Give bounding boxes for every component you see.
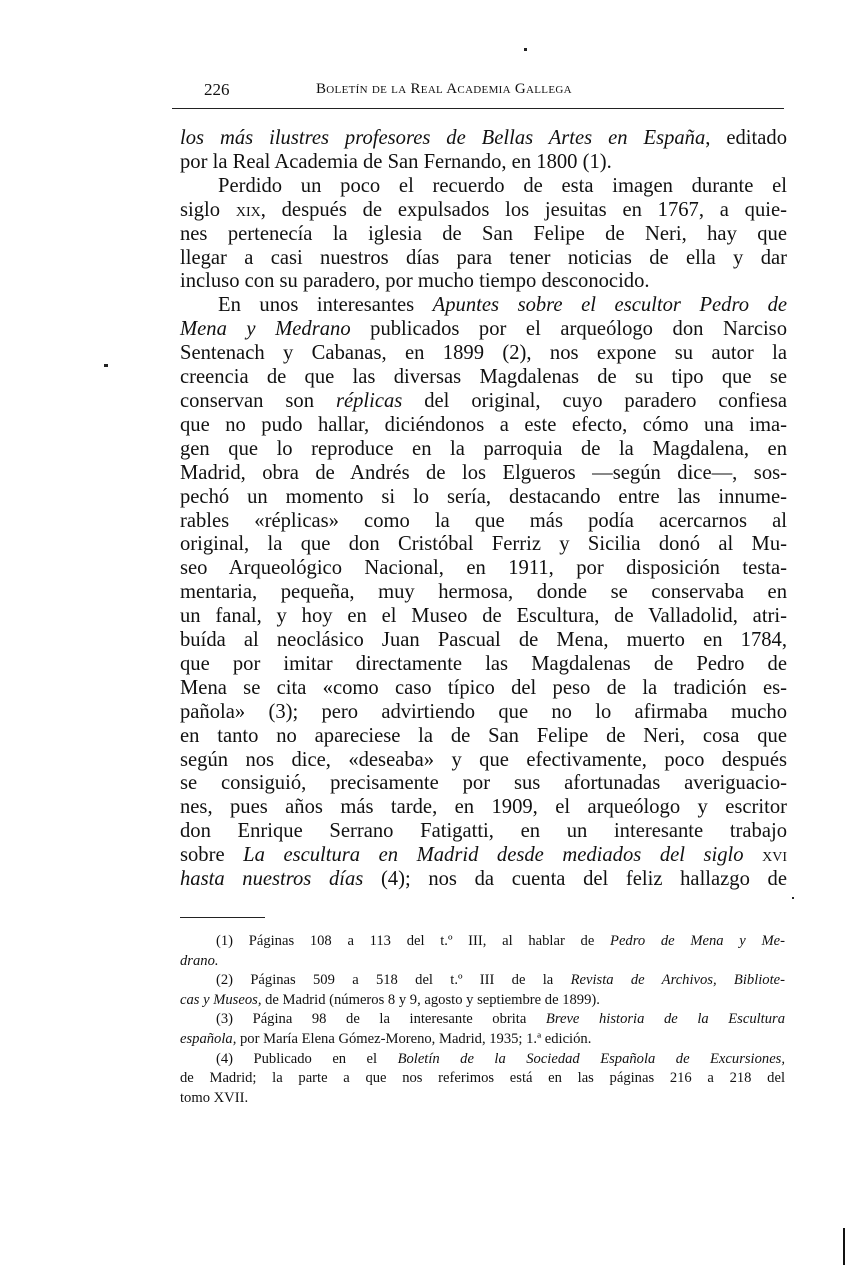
body-line: hasta nuestros días (4); nos da cuenta d… — [180, 868, 787, 892]
body-line: Sentenach y Cabanas, en 1899 (2), nos ex… — [180, 342, 787, 366]
text-run: por María Elena Gómez-Moreno, Madrid, 19… — [236, 1031, 591, 1047]
body-line: Mena se cita «como caso típico del peso … — [180, 677, 787, 701]
text-run: mentaria, pequeña, muy hermosa, donde se… — [180, 581, 787, 603]
text-run: seo Arqueológico Nacional, en 1911, por … — [180, 557, 787, 579]
text-run: llegar a casi nuestros días para tener n… — [180, 247, 787, 269]
text-run: pañola» (3); pero advirtiendo que no lo … — [180, 701, 787, 723]
body-line: creencia de que las diversas Magdalenas … — [180, 366, 787, 390]
text-run: de Madrid; la parte a que nos referimos … — [180, 1070, 785, 1086]
footnotes-line: de Madrid; la parte a que nos referimos … — [180, 1069, 785, 1089]
body-line: rables «réplicas» como la que más podía … — [180, 510, 787, 534]
text-run: tomo XVII. — [180, 1090, 248, 1106]
body-line: don Enrique Serrano Fatigatti, en un int… — [180, 820, 787, 844]
footnotes-line: (2) Páginas 509 a 518 del t.º III de la … — [180, 971, 785, 991]
body-text: los más ilustres profesores de Bellas Ar… — [180, 127, 787, 892]
text-run: nes pertenecía la iglesia de San Felipe … — [180, 223, 787, 245]
text-run: se consiguió, precisamente por sus afort… — [180, 772, 787, 794]
running-head: 226 Boletín de la Real Academia Gallega — [180, 80, 785, 104]
text-run — [744, 844, 763, 866]
text-run: siglo — [180, 199, 236, 221]
italic-text: española, — [180, 1031, 236, 1047]
page-number: 226 — [204, 80, 230, 100]
body-line: nes, pues años más tarde, en 1909, el ar… — [180, 796, 787, 820]
text-run: (4); nos da cuenta del feliz hallazgo de — [363, 868, 787, 890]
italic-text: Revista de Archivos, Bibliote- — [571, 972, 785, 988]
body-line: original, la que don Cristóbal Ferriz y … — [180, 533, 787, 557]
italic-text: La escultura en Madrid desde mediados de… — [243, 844, 743, 866]
text-run: En unos interesantes — [218, 294, 433, 316]
text-run: creencia de que las diversas Magdalenas … — [180, 366, 787, 388]
body-line: pechó un momento si lo sería, destacando… — [180, 486, 787, 510]
body-line: por la Real Academia de San Fernando, en… — [180, 151, 787, 175]
footnotes-line: tomo XVII. — [180, 1089, 785, 1109]
body-line: que no pudo hallar, diciéndonos a este e… — [180, 414, 787, 438]
text-run: que no pudo hallar, diciéndonos a este e… — [180, 414, 787, 436]
body-line: En unos interesantes Apuntes sobre el es… — [180, 294, 787, 318]
text-run: Madrid, obra de Andrés de los Elgueros —… — [180, 462, 787, 484]
italic-text: cas y Museos, — [180, 992, 261, 1008]
body-line: siglo xix, después de expulsados los jes… — [180, 199, 787, 223]
text-run: incluso con su paradero, por mucho tiemp… — [180, 270, 650, 292]
footnotes-line: cas y Museos, de Madrid (números 8 y 9, … — [180, 991, 785, 1011]
body-line: nes pertenecía la iglesia de San Felipe … — [180, 223, 787, 247]
text-run: Perdido un poco el recuerdo de esta imag… — [218, 175, 787, 197]
text-run: (4) Publicado en el — [216, 1051, 398, 1067]
italic-text: réplicas — [336, 390, 402, 412]
footnotes: (1) Páginas 108 a 113 del t.º III, al ha… — [180, 932, 785, 1108]
body-line: conservan son réplicas del original, cuy… — [180, 390, 787, 414]
italic-text: Breve historia de la Escultura — [546, 1011, 785, 1027]
italic-text: los más ilustres profesores de Bellas Ar… — [180, 127, 705, 149]
text-run: , editado — [705, 127, 787, 149]
text-run: según nos dice, «deseaba» y que efectiva… — [180, 749, 787, 771]
text-run: Sentenach y Cabanas, en 1899 (2), nos ex… — [180, 342, 787, 364]
italic-text: Apuntes sobre el escultor Pedro de — [433, 294, 787, 316]
footnotes-line: española, por María Elena Gómez-Moreno, … — [180, 1030, 785, 1050]
document-page: 226 Boletín de la Real Academia Gallega … — [0, 0, 850, 1265]
text-run: (3) Página 98 de la interesante obrita — [216, 1011, 546, 1027]
text-run: que por imitar directamente las Magdalen… — [180, 653, 787, 675]
body-line: según nos dice, «deseaba» y que efectiva… — [180, 749, 787, 773]
body-line: sobre La escultura en Madrid desde media… — [180, 844, 787, 868]
text-run: pechó un momento si lo sería, destacando… — [180, 486, 787, 508]
journal-title: Boletín de la Real Academia Gallega — [316, 81, 572, 98]
text-run: , después de expulsados los jesuitas en … — [261, 199, 787, 221]
body-line: los más ilustres profesores de Bellas Ar… — [180, 127, 787, 151]
body-line: Madrid, obra de Andrés de los Elgueros —… — [180, 462, 787, 486]
text-run: conservan son — [180, 390, 336, 412]
text-run: gen que lo reproduce en la parroquia de … — [180, 438, 787, 460]
italic-text: Pedro de Mena y Me- — [610, 933, 785, 949]
header-rule — [172, 108, 784, 109]
body-line: Mena y Medrano publicados por el arqueól… — [180, 318, 787, 342]
text-run: (2) Páginas 509 a 518 del t.º III de la — [216, 972, 571, 988]
text-run: de Madrid (números 8 y 9, agosto y septi… — [261, 992, 599, 1008]
text-run: (1) Páginas 108 a 113 del t.º III, al ha… — [216, 933, 610, 949]
footnotes-line: drano. — [180, 952, 785, 972]
text-run: del original, cuyo paradero confiesa — [402, 390, 787, 412]
text-run: un fanal, y hoy en el Museo de Escultura… — [180, 605, 787, 627]
text-run: Mena se cita «como caso típico del peso … — [180, 677, 787, 699]
body-line: pañola» (3); pero advirtiendo que no lo … — [180, 701, 787, 725]
body-line: buída al neoclásico Juan Pascual de Mena… — [180, 629, 787, 653]
text-run: buída al neoclásico Juan Pascual de Mena… — [180, 629, 787, 651]
body-line: Perdido un poco el recuerdo de esta imag… — [180, 175, 787, 199]
body-line: que por imitar directamente las Magdalen… — [180, 653, 787, 677]
italic-text: drano. — [180, 953, 219, 969]
scan-speck — [104, 364, 108, 367]
text-run: publicados por el arqueólogo don Narciso — [351, 318, 787, 340]
body-line: seo Arqueológico Nacional, en 1911, por … — [180, 557, 787, 581]
body-line: se consiguió, precisamente por sus afort… — [180, 772, 787, 796]
scan-edge-mark — [843, 1228, 845, 1265]
italic-text: Mena y Medrano — [180, 318, 351, 340]
text-run: don Enrique Serrano Fatigatti, en un int… — [180, 820, 787, 842]
footnotes-line: (3) Página 98 de la interesante obrita B… — [180, 1010, 785, 1030]
text-run: por la Real Academia de San Fernando, en… — [180, 151, 612, 173]
scan-speck — [524, 48, 527, 51]
body-line: mentaria, pequeña, muy hermosa, donde se… — [180, 581, 787, 605]
italic-text: Boletín de la Sociedad Española de Excur… — [398, 1051, 785, 1067]
text-run: xvi — [762, 844, 787, 866]
text-run: sobre — [180, 844, 243, 866]
body-line: en tanto no apareciese la de San Felipe … — [180, 725, 787, 749]
footnotes-line: (1) Páginas 108 a 113 del t.º III, al ha… — [180, 932, 785, 952]
scan-speck — [792, 897, 794, 899]
body-line: incluso con su paradero, por mucho tiemp… — [180, 270, 787, 294]
text-run: nes, pues años más tarde, en 1909, el ar… — [180, 796, 787, 818]
text-run: xix — [236, 199, 261, 221]
body-line: llegar a casi nuestros días para tener n… — [180, 247, 787, 271]
body-line: gen que lo reproduce en la parroquia de … — [180, 438, 787, 462]
footnotes-line: (4) Publicado en el Boletín de la Socied… — [180, 1050, 785, 1070]
footnote-rule — [180, 917, 265, 918]
italic-text: hasta nuestros días — [180, 868, 363, 890]
text-run: rables «réplicas» como la que más podía … — [180, 510, 787, 532]
body-line: un fanal, y hoy en el Museo de Escultura… — [180, 605, 787, 629]
text-run: original, la que don Cristóbal Ferriz y … — [180, 533, 787, 555]
text-run: en tanto no apareciese la de San Felipe … — [180, 725, 787, 747]
